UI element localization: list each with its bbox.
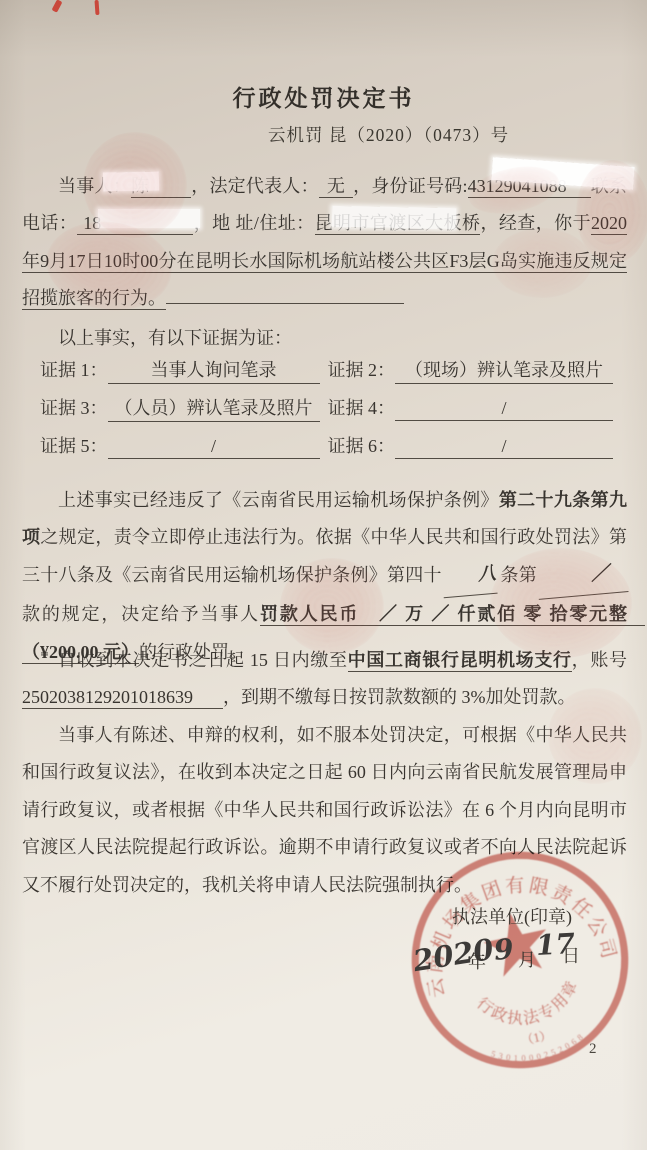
red-pen-mark <box>52 0 63 13</box>
evidence-row: 证据 3：（人员）辨认笔录及照片 证据 4：/ <box>40 394 630 422</box>
evidence-value: 当事人询问笔录 <box>108 356 320 384</box>
evidence-label: 证据 2： <box>328 356 396 382</box>
seal-type-arc: 行政执法专用章 <box>471 973 589 1038</box>
underline-extension <box>166 285 404 304</box>
bank-name: 中国工商银行昆明机场支行 <box>348 650 572 672</box>
payment-paragraph: 自收到本决定书之日起 15 日内缴至中国工商银行昆明机场支行，账号2502038… <box>22 642 627 717</box>
payment-text: ，账号 <box>572 650 627 670</box>
redaction-box-phone <box>98 209 200 228</box>
evidence-value: （人员）辨认笔录及照片 <box>108 394 320 422</box>
evidence-value: （现场）辨认笔录及照片 <box>395 356 613 384</box>
legal-rep-value: 无 <box>319 176 353 198</box>
enforcement-unit-label: 执法单位(印章) <box>452 903 572 929</box>
handwritten-article-number: 八 <box>440 555 497 599</box>
ruling-text: 上述事实已经违反了《云南省民用运输机场保护条例》 <box>58 490 499 510</box>
evidence-label: 证据 5： <box>40 432 108 458</box>
day-character: 日 <box>562 942 580 968</box>
evidence-label: 证据 1： <box>40 356 108 382</box>
bank-account-number: 2502038129201018639 <box>22 687 223 709</box>
handwritten-clause-slash: ／ <box>535 553 628 600</box>
payment-text: 自收到本决定书之日起 15 日内缴至 <box>58 650 348 670</box>
payment-text: ，到期不缴每日按罚款数额的 3%加处罚款。 <box>223 687 576 707</box>
evidence-label: 证据 4： <box>328 394 396 420</box>
handwritten-month: 9 <box>493 932 515 967</box>
evidence-intro: 以上事实，有以下证据为证： <box>22 320 627 357</box>
scanned-penalty-decision-document: 行政处罚决定书 云机罚 昆（2020）（0473）号 当事人：陈，法定代表人：无… <box>0 0 647 1150</box>
red-pen-mark <box>94 0 99 15</box>
redaction-box-name <box>103 172 159 192</box>
evidence-label: 证据 3： <box>40 394 108 420</box>
year-character: 年 <box>468 948 486 974</box>
evidence-row: 证据 5：/ 证据 6：/ <box>40 432 630 459</box>
legal-rep-label: ，法定代表人： <box>191 176 319 196</box>
ruling-text: 条第 <box>496 565 537 585</box>
investigation-label: ，经查，你于 <box>480 213 591 233</box>
page-number: 2 <box>589 1041 597 1058</box>
id-label: ，身份证号码: <box>353 176 467 196</box>
month-character: 月 <box>518 946 536 972</box>
evidence-value: / <box>395 436 613 459</box>
evidence-label: 证据 6： <box>328 432 396 458</box>
address-label: ，地 址/住址： <box>193 213 314 233</box>
evidence-row: 证据 1：当事人询问笔录 证据 2：（现场）辨认笔录及照片 <box>40 356 630 384</box>
document-title: 行政处罚决定书 <box>0 80 647 113</box>
redaction-box-address <box>332 206 456 229</box>
evidence-value: / <box>395 398 613 421</box>
evidence-value: / <box>108 436 320 459</box>
document-number: 云机罚 昆（2020）（0473）号 <box>268 122 509 147</box>
seal-index: （1） <box>520 1028 553 1048</box>
ruling-text: 款的规定，决定给予当事人 <box>22 604 260 624</box>
